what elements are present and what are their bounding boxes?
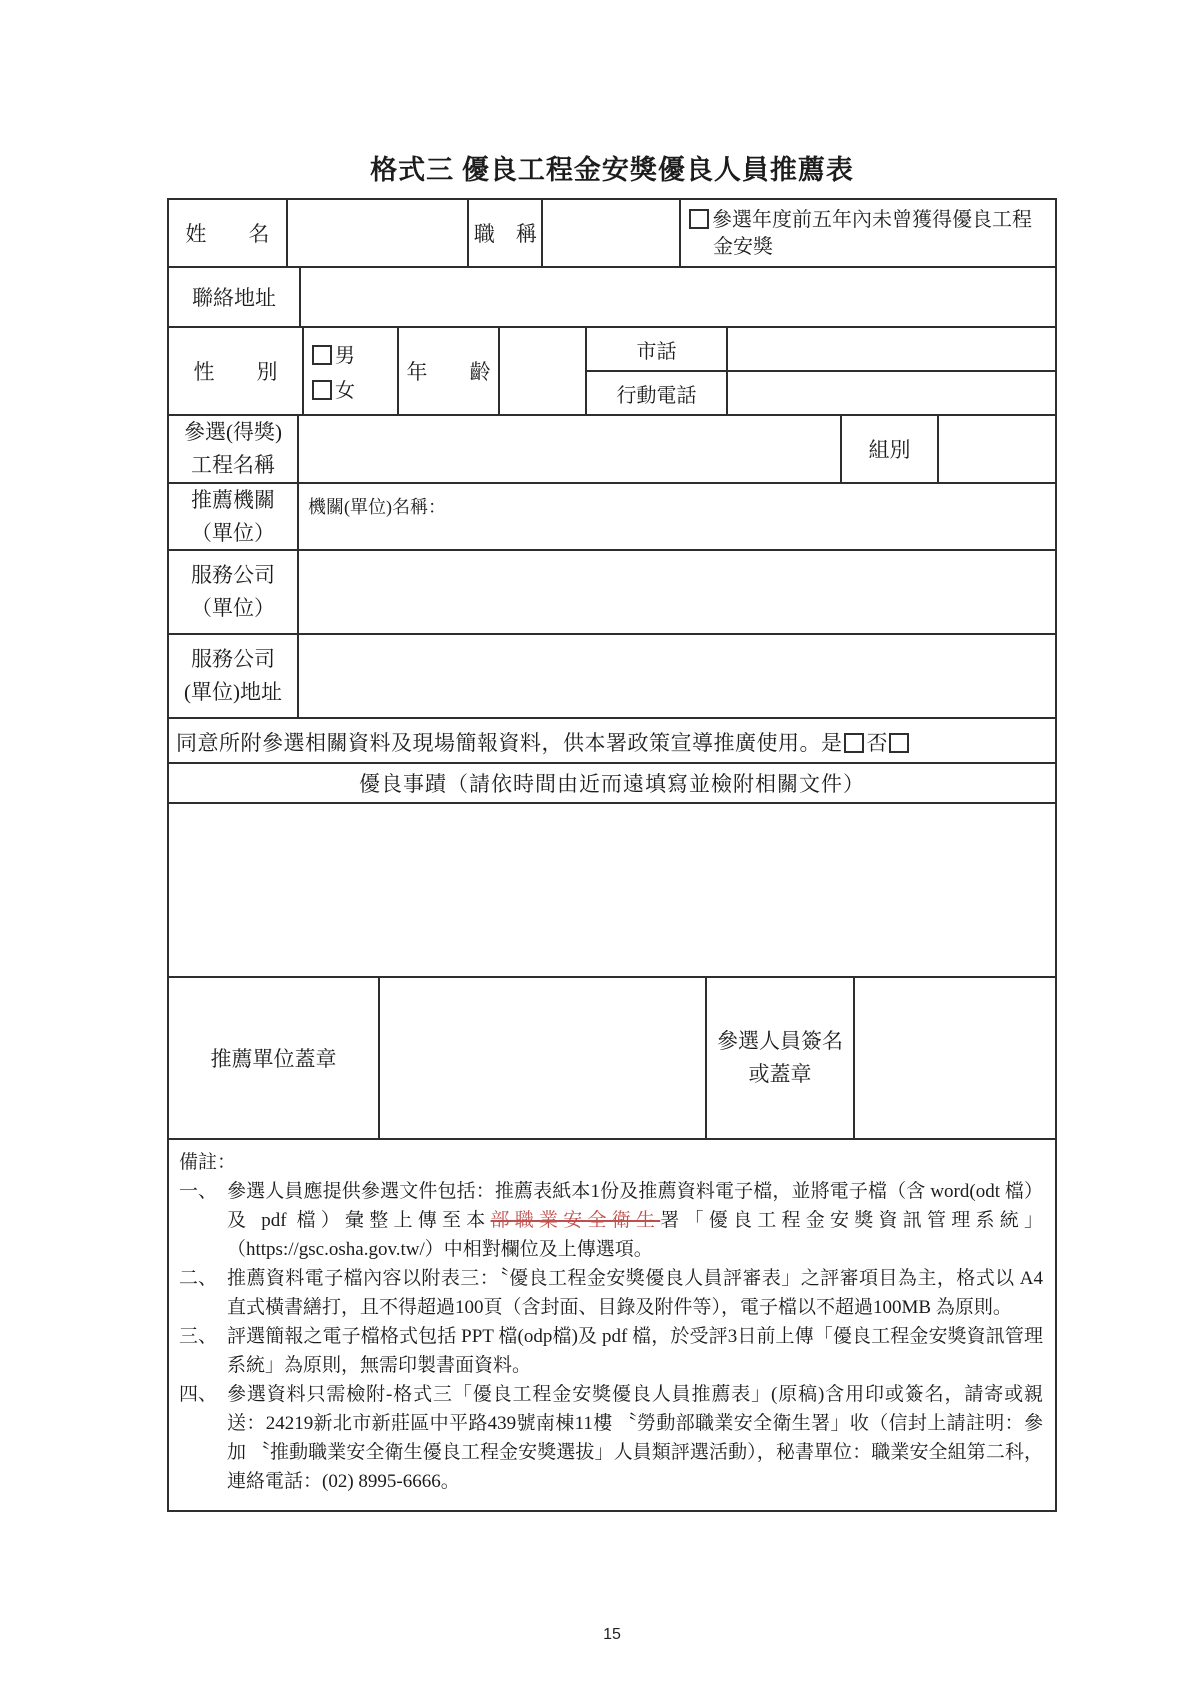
job-title-input-cell[interactable]: [543, 200, 681, 266]
row-achievements-header: 優良事蹟（請依時間由近而遠填寫並檢附相關文件）: [169, 764, 1055, 804]
gender-female-option: 女: [311, 374, 395, 403]
consent-text: 同意所附參選相關資料及現場簡報資料，供本署政策宣導推廣使用。是: [176, 731, 843, 755]
row-gender-age-phone: 性 別 男 女 年 齡 市話 行動電話: [169, 328, 1055, 416]
age-label: 年 齡: [399, 328, 500, 414]
note-3-text: 評選簡報之電子檔格式包括 PPT 檔(odp檔)及 pdf 檔，於受評3日前上傳…: [227, 1322, 1043, 1380]
achievements-header: 優良事蹟（請依時間由近而遠填寫並檢附相關文件）: [169, 764, 1055, 802]
recommender-seal-label: 推薦單位蓋章: [169, 978, 380, 1138]
note-item-3: 三、 評選簡報之電子檔格式包括 PPT 檔(odp檔)及 pdf 檔，於受評3日…: [179, 1322, 1043, 1380]
project-name-label-line2: 工程名稱: [191, 449, 275, 482]
note-3-marker: 三、: [179, 1322, 227, 1380]
company-address-label-line2: (單位)地址: [184, 676, 282, 709]
participant-signature-label-line2: 或蓋章: [749, 1058, 812, 1091]
group-label: 組別: [842, 416, 939, 482]
recommending-org-label: 推薦機關 （單位）: [169, 484, 299, 549]
note-item-4: 四、 參選資料只需檢附-格式三「優良工程金安獎優良人員推薦表」(原稿)含用印或簽…: [179, 1380, 1043, 1496]
mobile-label: 行動電話: [587, 372, 728, 414]
no-prior-award-checkbox[interactable]: [689, 209, 709, 229]
note-item-1: 一、 參選人員應提供參選文件包括：推薦表紙本1份及推薦資料電子檔，並將電子檔（含…: [179, 1177, 1043, 1264]
landline-label: 市話: [587, 328, 728, 370]
mobile-input-cell[interactable]: [728, 372, 1055, 414]
age-input-cell[interactable]: [500, 328, 587, 414]
company-address-label: 服務公司 (單位)地址: [169, 635, 299, 717]
company-label: 服務公司 （單位）: [169, 551, 299, 633]
participant-signature-label-line1: 參選人員簽名: [717, 1025, 843, 1058]
project-name-input-cell[interactable]: [299, 416, 842, 482]
company-label-line2: （單位）: [191, 592, 275, 625]
row-company-address: 服務公司 (單位)地址: [169, 635, 1055, 719]
row-contact-address: 聯絡地址: [169, 268, 1055, 328]
male-checkbox[interactable]: [312, 345, 332, 365]
notes-section: 備註： 一、 參選人員應提供參選文件包括：推薦表紙本1份及推薦資料電子檔，並將電…: [169, 1140, 1055, 1510]
notes-heading: 備註：: [179, 1148, 1043, 1177]
recommending-org-label-line1: 推薦機關: [191, 484, 275, 517]
landline-input-cell[interactable]: [728, 328, 1055, 370]
female-checkbox[interactable]: [312, 380, 332, 400]
landline-row: 市話: [587, 328, 1055, 372]
job-title-label: 職 稱: [469, 200, 543, 266]
recommendation-form-table: 姓 名 職 稱 參選年度前五年內未曾獲得優良工程金安獎 聯絡地址 性 別 男 女…: [167, 198, 1057, 1512]
row-name-jobtitle: 姓 名 職 稱 參選年度前五年內未曾獲得優良工程金安獎: [169, 200, 1055, 268]
org-name-input-cell[interactable]: 機關(單位)名稱：: [299, 484, 1055, 549]
row-project-name: 參選(得獎) 工程名稱 組別: [169, 416, 1055, 484]
contact-address-label: 聯絡地址: [169, 268, 301, 326]
recommending-org-label-line2: （單位）: [191, 517, 275, 550]
no-prior-award-label: 參選年度前五年內未曾獲得優良工程金安獎: [712, 209, 1032, 258]
phone-section: 市話 行動電話: [587, 328, 1055, 414]
note-2-marker: 二、: [179, 1264, 227, 1322]
participant-signature-label: 參選人員簽名 或蓋章: [707, 978, 855, 1138]
name-input-cell[interactable]: [288, 200, 470, 266]
company-label-line1: 服務公司: [191, 559, 275, 592]
org-name-prompt: 機關(單位)名稱：: [308, 497, 446, 517]
consent-no-label: 否: [867, 731, 889, 755]
project-name-label: 參選(得獎) 工程名稱: [169, 416, 299, 482]
note-1-marker: 一、: [179, 1177, 227, 1264]
company-address-input-cell[interactable]: [299, 635, 1055, 717]
page-number: 15: [167, 1626, 1057, 1644]
note-item-2: 二、 推薦資料電子檔內容以附表三：〝優良工程金安獎優良人員評審表」之評審項目為主…: [179, 1264, 1043, 1322]
row-achievements-content: [169, 804, 1055, 978]
gender-options-cell: 男 女: [304, 328, 399, 414]
name-label: 姓 名: [169, 200, 288, 266]
gender-male-option: 男: [311, 339, 395, 368]
consent-yes-checkbox[interactable]: [844, 733, 864, 753]
participant-signature-area[interactable]: [855, 978, 1055, 1138]
achievements-input-area[interactable]: [169, 804, 1055, 976]
group-input-cell[interactable]: [939, 416, 1055, 482]
consent-no-checkbox[interactable]: [889, 733, 909, 753]
recommender-seal-area[interactable]: [380, 978, 707, 1138]
company-input-cell[interactable]: [299, 551, 1055, 633]
gender-label: 性 別: [169, 328, 304, 414]
female-label: 女: [335, 380, 355, 402]
note-1-strikethrough-text: 部職業安全衛生: [491, 1210, 661, 1231]
row-company: 服務公司 （單位）: [169, 551, 1055, 635]
consent-cell: 同意所附參選相關資料及現場簡報資料，供本署政策宣導推廣使用。是否: [169, 719, 1055, 762]
contact-address-input-cell[interactable]: [301, 268, 1055, 326]
project-name-label-line1: 參選(得獎): [184, 416, 282, 449]
page-title: 格式三 優良工程金安獎優良人員推薦表: [167, 148, 1057, 187]
no-prior-award-cell: 參選年度前五年內未曾獲得優良工程金安獎: [681, 200, 1055, 266]
note-1-text: 參選人員應提供參選文件包括：推薦表紙本1份及推薦資料電子檔，並將電子檔（含 wo…: [227, 1177, 1043, 1264]
row-recommending-org: 推薦機關 （單位） 機關(單位)名稱：: [169, 484, 1055, 551]
note-2-text: 推薦資料電子檔內容以附表三：〝優良工程金安獎優良人員評審表」之評審項目為主，格式…: [227, 1264, 1043, 1322]
row-signatures: 推薦單位蓋章 參選人員簽名 或蓋章: [169, 978, 1055, 1140]
mobile-row: 行動電話: [587, 372, 1055, 414]
male-label: 男: [335, 345, 355, 367]
company-address-label-line1: 服務公司: [191, 643, 275, 676]
row-notes: 備註： 一、 參選人員應提供參選文件包括：推薦表紙本1份及推薦資料電子檔，並將電…: [169, 1140, 1055, 1510]
row-consent: 同意所附參選相關資料及現場簡報資料，供本署政策宣導推廣使用。是否: [169, 719, 1055, 764]
note-4-marker: 四、: [179, 1380, 227, 1496]
note-4-text: 參選資料只需檢附-格式三「優良工程金安獎優良人員推薦表」(原稿)含用印或簽名，請…: [227, 1380, 1043, 1496]
